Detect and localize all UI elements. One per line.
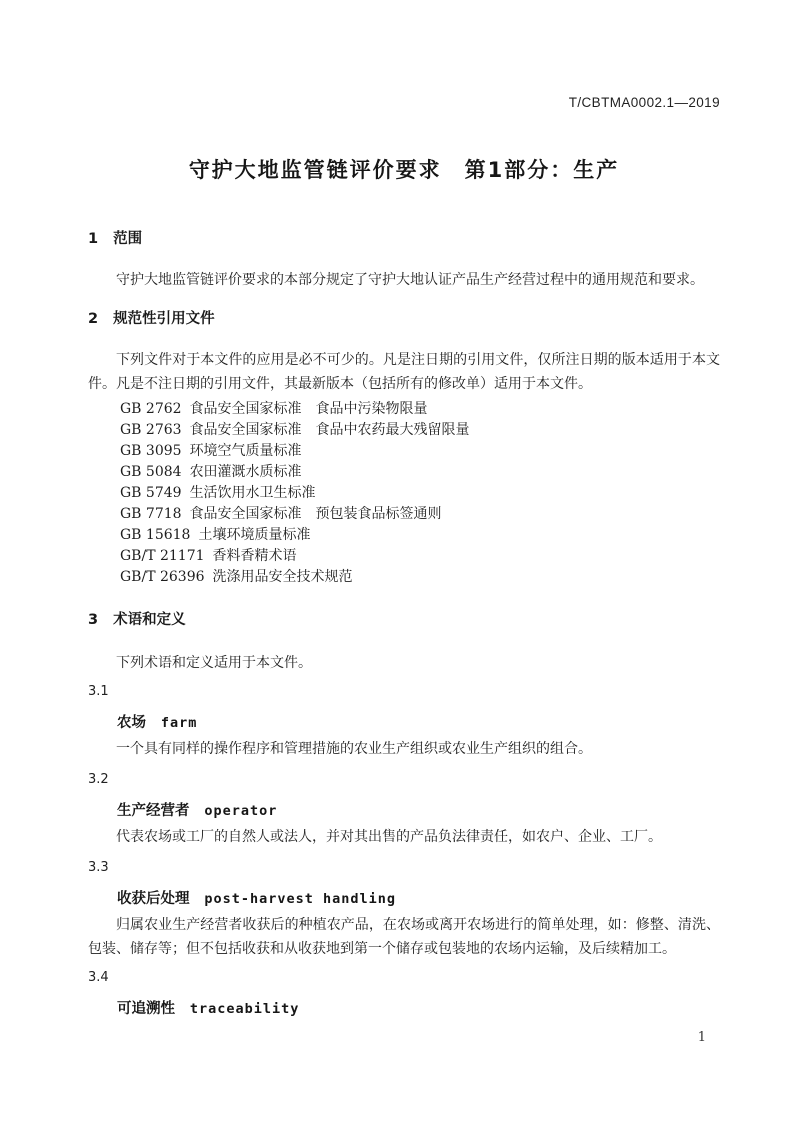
standard-code: T/CBTMA0002.1—2019 (88, 94, 720, 111)
page-number: 1 (0, 1030, 706, 1046)
term-name-traceability: 可追溯性traceability (88, 999, 720, 1019)
term-en: operator (204, 803, 277, 819)
reference-title: 食品安全国家标准 预包装食品标签通则 (190, 506, 442, 522)
term-name-operator: 生产经营者operator (88, 801, 720, 821)
list-item: GB 2763食品安全国家标准 食品中农药最大残留限量 (120, 420, 720, 441)
section-title: 范围 (113, 231, 142, 247)
term-definition: 代表农场或工厂的自然人或法人，并对其出售的产品负法律责任，如农户、企业、工厂。 (88, 825, 720, 849)
list-item: GB 15618土壤环境质量标准 (120, 525, 720, 546)
section-title: 规范性引用文件 (113, 311, 215, 327)
term-zh: 生产经营者 (117, 803, 190, 819)
term-number-3-1: 3.1 (88, 683, 720, 701)
reference-code: GB 5084 (120, 462, 182, 483)
term-zh: 可追溯性 (117, 1001, 175, 1017)
normative-references-list: GB 2762食品安全国家标准 食品中污染物限量 GB 2763食品安全国家标准… (88, 399, 720, 588)
term-zh: 农场 (117, 715, 146, 731)
terms-intro: 下列术语和定义适用于本文件。 (88, 651, 720, 675)
term-en: traceability (190, 1001, 300, 1017)
reference-code: GB 2763 (120, 420, 182, 441)
section-heading-references: 2规范性引用文件 (88, 309, 720, 329)
section-heading-scope: 1范围 (88, 229, 720, 249)
term-zh: 收获后处理 (117, 891, 190, 907)
reference-code: GB 5749 (120, 483, 182, 504)
list-item: GB/T 21171香料香精术语 (120, 546, 720, 567)
section-title: 术语和定义 (113, 612, 186, 628)
section-heading-terms: 3术语和定义 (88, 610, 720, 630)
section-number: 3 (88, 610, 98, 630)
term-number-3-2: 3.2 (88, 771, 720, 789)
term-name-post-harvest-handling: 收获后处理post-harvest handling (88, 889, 720, 909)
reference-code: GB 3095 (120, 441, 182, 462)
page-title: 守护大地监管链评价要求 第1部分：生产 (88, 155, 720, 185)
list-item: GB 5084农田灌溉水质标准 (120, 462, 720, 483)
reference-title: 食品安全国家标准 食品中污染物限量 (190, 401, 428, 417)
list-item: GB 7718食品安全国家标准 预包装食品标签通则 (120, 504, 720, 525)
list-item: GB 2762食品安全国家标准 食品中污染物限量 (120, 399, 720, 420)
reference-title: 农田灌溉水质标准 (190, 464, 302, 480)
reference-title: 生活饮用水卫生标准 (190, 485, 316, 501)
term-definition: 归属农业生产经营者收获后的种植农产品，在农场或离开农场进行的简单处理，如：修整、… (88, 913, 720, 961)
section-number: 1 (88, 229, 98, 249)
section-number: 2 (88, 309, 98, 329)
scope-paragraph: 守护大地监管链评价要求的本部分规定了守护大地认证产品生产经营过程中的通用规范和要… (88, 268, 720, 292)
reference-code: GB 7718 (120, 504, 182, 525)
reference-code: GB 2762 (120, 399, 182, 420)
document-page: T/CBTMA0002.1—2019 守护大地监管链评价要求 第1部分：生产 1… (0, 0, 794, 1122)
reference-title: 食品安全国家标准 食品中农药最大残留限量 (190, 422, 470, 438)
reference-title: 环境空气质量标准 (190, 443, 302, 459)
term-number-3-3: 3.3 (88, 859, 720, 877)
term-definition: 一个具有同样的操作程序和管理措施的农业生产组织或农业生产组织的组合。 (88, 737, 720, 761)
reference-title: 香料香精术语 (213, 548, 297, 564)
term-en: post-harvest handling (204, 891, 396, 907)
term-name-farm: 农场farm (88, 713, 720, 733)
reference-code: GB 15618 (120, 525, 190, 546)
reference-title: 洗涤用品安全技术规范 (213, 569, 353, 585)
references-intro: 下列文件对于本文件的应用是必不可少的。凡是注日期的引用文件，仅所注日期的版本适用… (88, 348, 720, 396)
term-en: farm (161, 715, 198, 731)
list-item: GB 3095环境空气质量标准 (120, 441, 720, 462)
list-item: GB/T 26396洗涤用品安全技术规范 (120, 567, 720, 588)
list-item: GB 5749生活饮用水卫生标准 (120, 483, 720, 504)
term-number-3-4: 3.4 (88, 969, 720, 987)
reference-code: GB/T 26396 (120, 567, 205, 588)
reference-title: 土壤环境质量标准 (198, 527, 310, 543)
reference-code: GB/T 21171 (120, 546, 205, 567)
